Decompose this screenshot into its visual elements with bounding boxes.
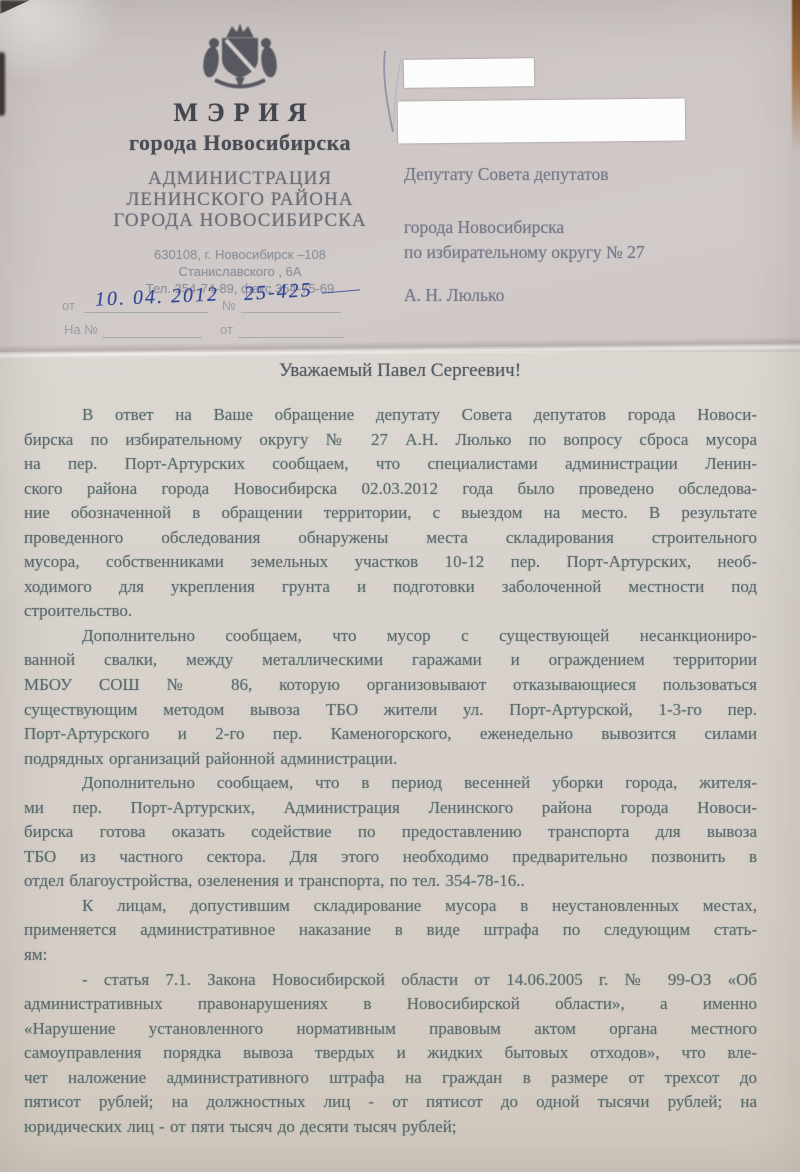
- body-line: ми пер. Порт-Артурских, Администрация Ле…: [24, 796, 757, 821]
- dept-line: АДМИНИСТРАЦИЯ: [80, 168, 400, 189]
- body-line: проведенного обследования обнаружены мес…: [24, 526, 757, 551]
- outgoing-date-label: от: [62, 298, 75, 313]
- outgoing-number-underline: [241, 312, 341, 313]
- incoming-date-label: от: [220, 322, 233, 337]
- incoming-number-label: На №: [64, 322, 98, 337]
- body-line: подрядных организаций районной администр…: [24, 747, 757, 772]
- letterhead: МЭРИЯ города Новосибирска АДМИНИСТРАЦИЯ …: [80, 20, 400, 297]
- body-line: Дополнительно сообщаем, что мусор с суще…: [24, 624, 757, 649]
- recipient-line: Депутату Совета депутатов: [404, 162, 744, 187]
- photo-left-edge: [0, 52, 5, 116]
- recipient-line: по избирательному округу № 27: [404, 240, 744, 265]
- handwritten-number: 25-425: [243, 279, 313, 306]
- body-line: Порт-Артурского и 2-го пер. Каменогорско…: [24, 722, 757, 747]
- org-title: МЭРИЯ: [80, 98, 400, 128]
- body-line: К лицам, допустившим складирование мусор…: [24, 894, 757, 919]
- body-line: строительство.: [24, 599, 757, 624]
- body-line: отдел благоустройства, озеленения и тран…: [24, 869, 757, 894]
- body-line: чет наложение административного штрафа н…: [24, 1066, 757, 1091]
- body-line: существующим методом вывоза ТБО жители у…: [24, 698, 757, 723]
- body-line: В ответ на Ваше обращение депутату Совет…: [24, 403, 757, 428]
- address-line: Станиславского , 6А: [80, 263, 400, 280]
- dept-line: ЛЕНИНСКОГО РАЙОНА: [80, 189, 400, 210]
- incoming-date-underline: [238, 337, 344, 338]
- photo-right-edge: [792, 0, 800, 152]
- body-line: «Нарушение установленного нормативным пр…: [24, 1017, 757, 1042]
- body-line: - статья 7.1. Закона Новосибирской облас…: [24, 968, 757, 993]
- body-line: бирска по избирательному округу № 27 А.Н…: [24, 428, 757, 453]
- address-line: 630108, г. Новосибирск –108: [80, 246, 400, 263]
- body-line: ТБО из частного сектора. Для этого необх…: [24, 845, 757, 870]
- novosibirsk-coat-of-arms-icon: [185, 24, 295, 90]
- body-line: ям:: [24, 943, 757, 968]
- department-name: АДМИНИСТРАЦИЯ ЛЕНИНСКОГО РАЙОНА ГОРОДА Н…: [80, 168, 400, 231]
- recipient-line: города Новосибирска: [404, 215, 744, 240]
- body-line: мусора, собственниками земельных участко…: [24, 550, 757, 575]
- salutation: Уважаемый Павел Сергеевич!: [0, 360, 800, 382]
- body-line: бирска готова оказать содействие по пред…: [24, 820, 757, 845]
- dept-line: ГОРОДА НОВОСИБИРСКА: [80, 210, 400, 231]
- redaction-box: [404, 58, 534, 88]
- letter-body: В ответ на Ваше обращение депутату Совет…: [24, 403, 757, 1139]
- outgoing-number-label: №: [222, 298, 236, 313]
- body-line: на пер. Порт-Артурских сообщаем, что спе…: [24, 452, 757, 477]
- incoming-number-underline: [102, 337, 202, 338]
- handwritten-check-stroke-icon: [376, 48, 406, 140]
- recipient-name: А. Н. Люлько: [404, 283, 744, 308]
- body-line: пятисот рублей; на должностных лиц - от …: [24, 1090, 757, 1115]
- body-line: применяется административное наказание в…: [24, 918, 757, 943]
- org-subtitle: города Новосибирска: [80, 130, 400, 156]
- body-line: ского района города Новосибирска 02.03.2…: [24, 477, 757, 502]
- body-line: ванной свалки, между металлическими гара…: [24, 648, 757, 673]
- body-line: юридических лиц - от пяти тысяч до десят…: [24, 1115, 757, 1140]
- body-line: МБОУ СОШ № 86, которую организовывают от…: [24, 673, 757, 698]
- body-line: ходимого для укрепления грунта и подгото…: [24, 575, 757, 600]
- body-line: Дополнительно сообщаем, что в период вес…: [24, 771, 757, 796]
- body-line: самоуправления порядка вывоза твердых и …: [24, 1041, 757, 1066]
- recipient-block: Депутату Совета депутатов города Новосиб…: [404, 162, 744, 308]
- body-line: административных правонарушениях в Новос…: [24, 992, 757, 1017]
- body-line: ние обозначенной в обращении территории,…: [24, 501, 757, 526]
- scanned-letter-photo: МЭРИЯ города Новосибирска АДМИНИСТРАЦИЯ …: [0, 0, 800, 1172]
- outgoing-date-underline: [84, 312, 208, 313]
- redaction-box: [398, 98, 685, 143]
